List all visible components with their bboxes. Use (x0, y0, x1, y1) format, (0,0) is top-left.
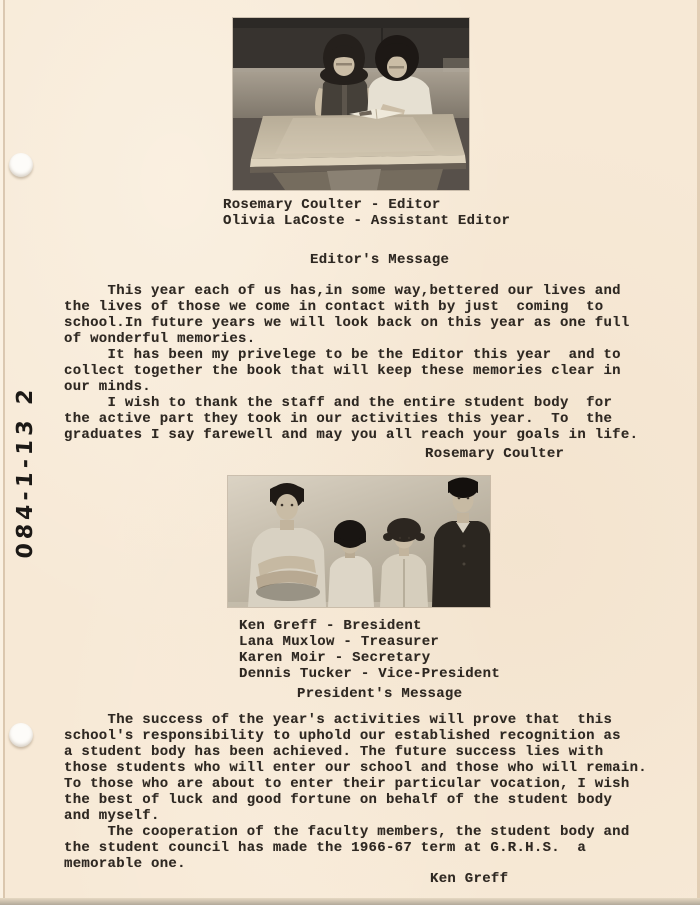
page-left-edge-line (3, 0, 5, 905)
council-figure-karen (380, 518, 428, 607)
editors-message-body: This year each of us has,in some way,bet… (64, 283, 638, 443)
yearbook-page: 084-1-13 2 (0, 0, 700, 905)
presidents-message-signature: Ken Greff (430, 871, 508, 887)
punch-hole-top (9, 153, 33, 177)
page-bottom-edge (0, 898, 700, 905)
table (250, 114, 466, 190)
student-council-photo (228, 476, 490, 607)
presidents-message-heading: President's Message (297, 686, 462, 702)
editors-message-heading: Editor's Message (310, 252, 449, 268)
editors-photo-caption: Rosemary Coulter - Editor Olivia LaCoste… (223, 197, 510, 229)
punch-hole-bottom (9, 723, 33, 747)
editors-photo (233, 18, 469, 190)
editors-message-signature: Rosemary Coulter (425, 446, 564, 462)
handwritten-catalog-number: 084-1-13 2 (6, 359, 46, 586)
student-council-photo-caption: Ken Greff - Bresident Lana Muxlow - Trea… (239, 618, 500, 682)
presidents-message-body: The success of the year's activities wil… (64, 712, 647, 872)
